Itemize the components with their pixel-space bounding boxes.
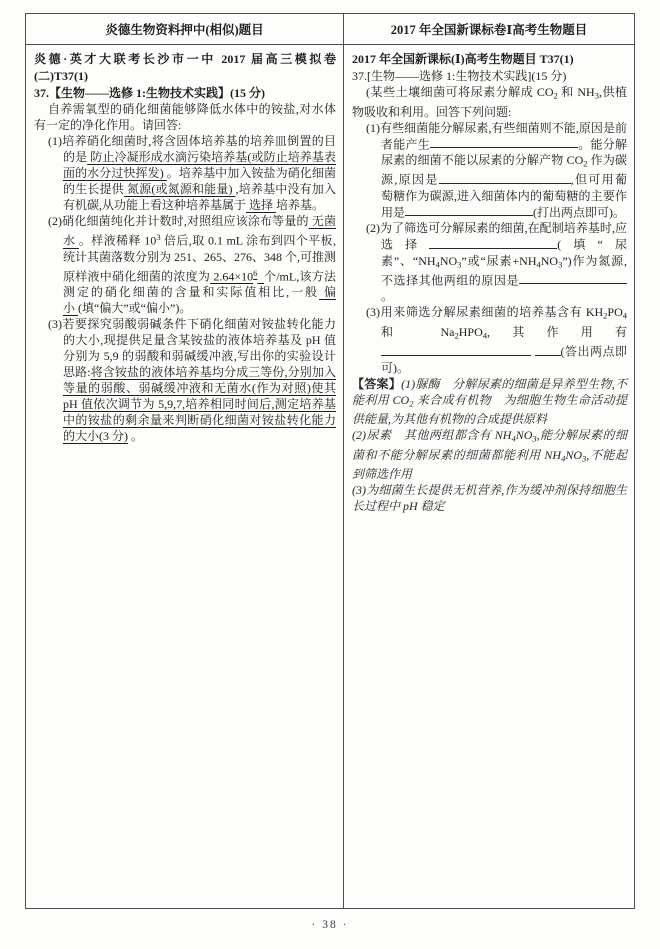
table-body-row: 炎德·英才大联考长沙市一中 2017 届高三模拟卷(二)T37(1) 37.【生… — [26, 45, 634, 908]
text-run: NO — [516, 428, 533, 442]
text-run: 【答案】 — [352, 377, 401, 391]
text-run: (打出两点即可)。 — [533, 205, 625, 219]
page-number: · 38 · — [0, 919, 660, 931]
right-question-body: 37.[生物——选修 1:生物技术实践](15 分)(某些土壤细菌可将尿素分解成… — [352, 68, 627, 376]
text-run: NO — [565, 448, 582, 462]
paragraph: 【答案】(1)脲酶 分解尿素的细菌是异养型生物,不能利用 CO2 来合成有机物 … — [352, 376, 627, 428]
right-source-title: 2017 年全国新课标(Ⅰ)高考生物题目 T37(1) — [352, 51, 627, 68]
answer-blank-line — [430, 136, 578, 148]
text-run: 将含铵盐的液体培养基均分成三等份,分别加入等量的弱酸、弱碱缓冲液和无菌水(作为对… — [63, 365, 336, 443]
text-run: (2)硝化细菌纯化并计数时,对照组应该涂布等量的 — [48, 214, 309, 228]
paragraph: (3)为细菌生长提供无机营养,作为缓冲剂保持细胞生长过程中 pH 稳定 — [352, 482, 627, 514]
left-question-cell: 炎德·英才大联考长沙市一中 2017 届高三模拟卷(二)T37(1) 37.【生… — [26, 45, 344, 908]
text-run: 。 — [128, 429, 143, 443]
table-header-row: 炎德生物资料押中(相似)题目 2017 年全国新课标卷Ⅰ高考生物题目 — [26, 14, 634, 45]
paragraph: 自养需氧型的硝化细菌能够降低水体中的铵盐,对水体有一定的净化作用。请回答: — [34, 101, 336, 133]
text-run: (3)用来筛选分解尿素细菌的培养基含有 KH — [366, 305, 603, 319]
text-run: PO — [607, 305, 622, 319]
text-run: 和 NH — [558, 85, 595, 99]
text-run: (填“偏大”或“偏小”)。 — [78, 301, 191, 315]
header-cell-left: 炎德生物资料押中(相似)题目 — [26, 14, 344, 44]
answer-blank-line — [405, 204, 533, 216]
text-run: (3)为细菌生长提供无机营养,作为缓冲剂保持细胞生长过程中 pH 稳定 — [352, 483, 627, 513]
paragraph: (2)尿素 其他两组都含有 NH4NO3,能分解尿素的细菌和不能分解尿素的细菌都… — [352, 427, 627, 482]
paragraph: (1)有些细菌能分解尿素,有些细菌则不能,原因是前者能产生。能分解尿素的细菌不能… — [352, 120, 627, 221]
text-run: 自养需氧型的硝化细菌能够降低水体中的铵盐,对水体有一定的净化作用。请回答: — [34, 102, 336, 132]
text-run: 选择 — [246, 198, 276, 212]
paragraph: (2)硝化细菌纯化并计数时,对照组应该涂布等量的 无菌水 。样液稀释 103 倍… — [34, 213, 336, 316]
paragraph: (2)为了筛选可分解尿素的细菌,在配制培养基时,应选择(填“尿素”、“NH4NO… — [352, 220, 627, 304]
answer-blank-line — [429, 236, 557, 248]
right-question-cell: 2017 年全国新课标(Ⅰ)高考生物题目 T37(1) 37.[生物——选修 1… — [344, 45, 634, 908]
text-run: (某些土壤细菌可将尿素分解成 CO — [366, 85, 554, 99]
text-run: 和 Na — [381, 325, 454, 339]
text-run: 。 — [381, 289, 393, 303]
answer-blank-line — [381, 343, 531, 355]
paragraph: (1)培养硝化细菌时,将含固体培养基的培养皿倒置的目的是 防止冷凝形成水滴污染培… — [34, 133, 336, 213]
text-run: 。样液稀释 10 — [79, 234, 156, 248]
text-run: (2)尿素 其他两组都含有 NH — [352, 428, 511, 442]
text-run: 【生物——选修 1:生物技术实践】(15 分) — [49, 86, 265, 100]
text-run: 培养基。 — [276, 198, 324, 212]
text-run: 37. — [34, 86, 49, 100]
paragraph: 37.[生物——选修 1:生物技术实践](15 分) — [352, 68, 627, 84]
scanned-exam-page: 炎德生物资料押中(相似)题目 2017 年全国新课标卷Ⅰ高考生物题目 炎德·英才… — [0, 0, 660, 949]
answer-blank-line — [519, 272, 627, 284]
answer-blank-line — [535, 343, 561, 355]
text-run: 37.[生物——选修 1:生物技术实践](15 分) — [352, 69, 566, 83]
text-run: HPO — [459, 325, 483, 339]
right-answer-body: 【答案】(1)脲酶 分解尿素的细菌是异养型生物,不能利用 CO2 来合成有机物 … — [352, 376, 627, 515]
text-run: NO — [440, 254, 457, 268]
text-run: 4 — [623, 311, 627, 321]
answer-blank-line — [439, 171, 571, 183]
paragraph: (某些土壤细菌可将尿素分解成 CO2 和 NH3,供植物吸收和利用。回答下列问题… — [352, 84, 627, 120]
paragraph: (3)若要探究弱酸弱碱条件下硝化细菌对铵盐转化能力的大小,现提供足量含某铵盐的液… — [34, 316, 336, 444]
text-run: ”或“尿素+NH — [461, 254, 536, 268]
text-run: NO — [541, 254, 558, 268]
paragraph: 37.【生物——选修 1:生物技术实践】(15 分) — [34, 85, 336, 101]
text-run: 2.64×10 — [210, 269, 253, 283]
text-run: 氮源(或氮源和能量) — [124, 182, 236, 196]
left-source-title: 炎德·英才大联考长沙市一中 2017 届高三模拟卷(二)T37(1) — [34, 51, 336, 85]
header-cell-right: 2017 年全国新课标卷Ⅰ高考生物题目 — [344, 14, 634, 44]
paragraph: (3)用来筛选分解尿素细菌的培养基含有 KH2PO4 和 Na2HPO4,其作用… — [352, 304, 627, 375]
text-run: ,其作用有 — [487, 325, 627, 339]
left-question-body: 37.【生物——选修 1:生物技术实践】(15 分)自养需氧型的硝化细菌能够降低… — [34, 85, 336, 444]
comparison-table: 炎德生物资料押中(相似)题目 2017 年全国新课标卷Ⅰ高考生物题目 炎德·英才… — [25, 13, 635, 909]
